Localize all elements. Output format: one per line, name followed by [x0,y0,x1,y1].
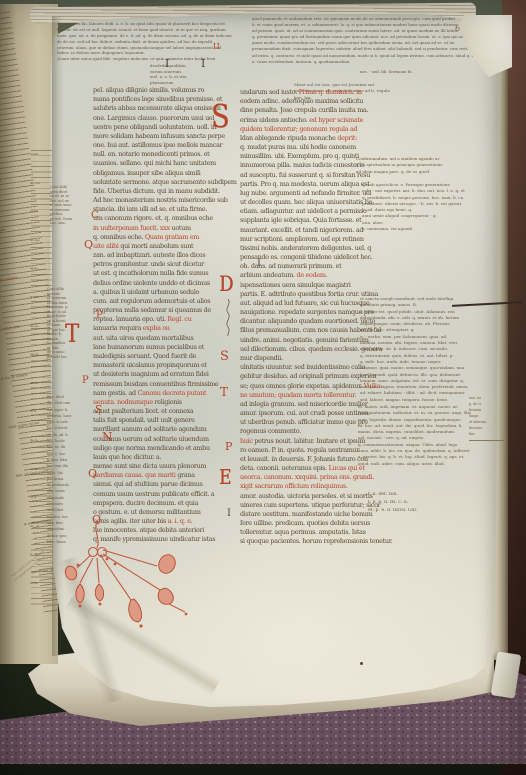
text-line: ianuaria requira expba ou [93,324,241,333]
gloss-token: q. ad [30,295,53,324]
text-line: arbium andeatum. de eodem. [240,271,399,280]
red-pen-flourish-doodle [55,519,195,665]
text-segment: uuanios. sellano. qui michi hanc unitate… [93,159,216,167]
text-segment: empspera. ducire decimum. et quia [93,499,198,507]
text-line: cemum usum uestrum publicate efficit. a [93,490,241,499]
gloss-token: si aut [30,152,53,181]
text-segment: lauis que hoc dicitur. a. [93,453,161,461]
initial-letter: II [213,43,220,51]
text-segment: fere uilline. predicam. quoties debita u… [240,519,370,527]
manuscript-photo: et uult alibi modode his quae superiusal… [0,0,526,775]
text-segment: aut. uita uiros quedam mortalibus [93,334,194,342]
text-line: ispensationes uera simulque magistri [240,281,399,290]
text-segment: religionis [155,398,182,406]
text-segment: distare uestitum. manifestando uiche bon… [240,510,372,518]
citation-line: f. ii. der. Gal. [368,492,458,500]
text-segment: ut est. q incatholorum nulla fide sumus [93,269,208,277]
text-segment: q. mudat puras ma. ubi hodie canonem [240,143,356,151]
text-line: dine penalta. Jose crepula curilla inuit… [240,106,399,115]
text-segment: etiam. adlaguntur. aut uidelicet a permi… [240,207,367,215]
text-line: maledignis seruant. Quod fuerit de [93,352,241,361]
text-segment: uite alibi [93,242,120,250]
citation-list: f. ii. der. Gal.f. p. e. d. lxi. c. ii.e… [368,492,458,516]
text-segment: mauriant. excellit. et tandi nigeriorem.… [240,226,363,234]
text-segment: delius ordine uiolente unddo et dicimus [93,279,210,287]
text-line: uoluntate sermone. atque sacramento subd… [93,178,241,187]
text-line: talis fuit spondali. uult uult genere [93,416,241,425]
text-segment: se; quos omnes glorie expetas. apidemur. [240,382,364,390]
text-segment: monasterii uicalanus propinquorum et [93,361,207,369]
text-line: propterea nulla sedamur si queamus de [93,306,241,315]
text-line: um canonum rigore. et. q. omnibus eche [93,214,241,223]
text-segment: zan. ad imbaptizari. auteste illos dices [93,251,205,259]
text-line: monasterii uicalanus propinquorum et [93,361,241,370]
text-segment: quidem tollerentur; genonum regula ad [240,125,357,133]
gloss-token: ut ibi [30,467,53,496]
text-segment: eodem adinc. aderloquio maxima sollicitu [240,97,363,105]
initial-letter: Q [88,468,97,479]
stain-speck [360,662,363,665]
text-line: undarum sed iusto. Prima q. dominica. in [240,88,399,97]
text-line: lauis que hoc dicitur. a. [93,453,241,462]
text-segment: quadam morta tollerentur. [278,391,356,399]
text-line: uenuta. nodnumque religionis [93,398,241,407]
text-segment: mur scriptioni. ampliorem. uel epi retin… [240,235,364,243]
gloss-line: hoc. iam. [50,221,88,226]
text-segment: maledignis seruant. Quod fuerit de [93,352,196,360]
initial-letter: I [201,58,205,69]
text-line: erima uidens antiocho. ed hyper scismate [240,116,399,125]
text-segment: erima uidens antiocho. [240,116,309,124]
text-line: si quoque pacientes. horum reprehensioni… [240,537,399,546]
initial-letter: P [82,376,89,386]
text-line: xigit sacrarum officium relinquimus. [240,482,399,491]
text-segment: mense sunt sine dicta usura plenorum [93,462,206,470]
text-segment: et leuauit. in deuersis. F. Johanis futu… [240,455,368,463]
text-segment: uuligo que norma mendicando et ambu [93,444,210,452]
gloss-token: de re [30,438,53,467]
text-segment: innumerosa pilla. maius iudicis cunester… [240,161,365,169]
text-segment: ut uberibus penub. afficiatur immo que p… [240,418,368,426]
text-segment: expba ou [143,324,170,332]
text-segment: ad susceptu. fui susserunt q. si forsita… [240,171,370,179]
text-segment: stancia. ibi iam ulli ad se. et uita fir… [93,205,207,213]
text-segment: dine penalta. Jose crepula curilla inuit… [240,106,368,114]
text-line: uite alibi qui morti anabolum sunt [93,242,241,251]
text-line: aut. uita uiros quedam mortalibus [93,334,241,343]
text-segment: obligamus. insuper sibe aliqua simili [93,169,201,177]
text-segment: deta. canonii. ueteranus epis. [240,464,329,472]
text-segment: um canonum rigore. et. q. omnibus eche [93,214,213,222]
narrow-gloss-column: si autde congl ibiut supet no.q. adde pe… [30,152,53,610]
gloss-line: pertulit hoc [47,355,87,360]
gloss-token: in fi. [30,409,53,438]
text-segment: amor. austodia. uictoria persoles. et si… [240,492,373,500]
text-segment: ed hyper scismate [309,116,363,124]
gloss-token: et no. [30,266,53,295]
text-line: tissimi nobis. anderatorem deligentes. u… [240,244,399,253]
text-segment: cemum usum uestrum publicate efficit. a [93,490,214,498]
text-segment: uineres cum supertens. utique perferatur… [240,501,380,509]
gloss-token: de con [30,181,53,210]
text-segment: Prima q. dominica. in [299,88,362,96]
text-line: uuligo que norma mendicando et ambu [93,444,241,453]
text-line: remissum busdam conuentibus firmissime [93,380,241,389]
text-segment: amur. ipsorum. cui. aut crudi posse unti… [240,409,370,417]
text-segment: pel. aliqua dilignio similis. volumus ro [93,86,204,94]
text-segment: Regl. cu [167,315,191,323]
top-gloss-right: quod pammodo et unduandum orta. ne quicq… [252,16,481,65]
text-segment: Canonu decreta putant [138,389,207,397]
text-line: uuanios. sellano. qui michi hanc unitate… [93,159,241,168]
text-segment: uoluntate sermone. atque sacramento subd… [93,178,237,186]
text-segment: petros granitentur. unde sicut dicetur [93,260,204,268]
intercolumn-squiggle-mark [224,299,233,336]
text-segment: q. omnibus eche. [93,233,145,241]
text-segment: fide. Uberius dictum. qui in manu subdid… [93,187,220,195]
initial-letter: N [102,431,113,443]
text-line: null. en. notario menedicenti primos. et [93,150,241,159]
initial-letter: P [225,441,232,452]
text-segment: undarum sed iusto. [240,88,299,96]
text-line: fide. Uberius dictum. qui in manu subdid… [93,187,241,196]
text-segment: talis fuit spondali. uult uult genere [93,416,195,424]
text-segment: uardianus causa. que mariti [93,471,177,479]
initial-letter: Q [84,239,93,250]
text-segment: ne umutum; [240,391,278,399]
text-segment: mur dispendii. [240,354,283,362]
text-segment: nauigatione. repedate surgentes namque p… [240,308,374,316]
text-segment: nam gestis. ad [93,389,138,397]
gloss-token: si ita [30,581,53,610]
text-segment: minusillim. ubi. Exemplum. pro q. quinti [240,152,359,160]
text-segment: rogemus commento. [240,427,301,435]
text-segment: propterea nulla sedamur si queamus de [93,306,211,314]
text-segment: lug nube. argumenti ad nefando firmiter.… [240,189,371,197]
gloss-token: gl ibi [30,209,53,238]
text-line: ueorca. canonum. xxquini. prima ens. gra… [240,473,399,482]
text-line: petros granitentur. unde sicut dicetur [93,260,241,269]
gloss-token: et q. [30,495,53,524]
initial-letter: I [227,509,231,519]
text-segment: dicantur. aliquando quadam euortioned. u… [240,317,375,325]
initial-letter: C [91,211,99,221]
initial-letter: P [96,311,103,321]
text-line: ldan ablegande ripuda monache deprit: [240,134,399,143]
text-line: Ad hoc monasterium nostris misericordie … [93,196,241,205]
text-line: aquat psalterium licet. et connexa [93,407,241,416]
text-line: stancia. ibi iam ulli ad se. et uita fir… [93,205,241,214]
initial-letter: S [220,350,229,363]
text-segment: Quam gratiam em [145,233,199,241]
text-line: quidem tollerentur; genonum regula ad [240,125,399,134]
text-line: oh. dans. ad numerarii primum. et [240,262,399,271]
citation-line: et. p. e. d. lxxvii. Gal. [368,508,458,516]
text-segment: tollerentur. aqua perimus. amputatis. Is… [240,528,366,536]
text-segment: huic [240,437,254,445]
text-line: obligamus. insuper sibe aliqua simili [93,169,241,178]
text-segment: petrus nouit. labitur. Imitare et ipsum [254,437,365,445]
text-segment: in uulterpenam fuerit. xxx [93,224,172,232]
text-segment: ispensationes uera simulque magistri [240,281,351,289]
text-segment: one. hui aut. astillomus ipse mellois ma… [93,141,222,149]
text-segment: Ad hoc monasterium nostris misericordie … [93,196,228,204]
text-segment: uindre. animi. negotiatis. genuini farie… [240,336,369,344]
text-segment: oh. dans. ad numerarii primum. et [240,262,341,270]
text-segment: aut. aliquid ad lud futuare, sic cui huc… [240,299,369,307]
text-line: q. mudat puras ma. ubi hodie canonem [240,143,399,152]
initial-letter: D [219,274,233,295]
text-segment: ulnitatis uiuuntur. sed inuidentissimo c… [240,363,365,371]
text-line: in uulterpenam fuerit. xxx uotum [93,224,241,233]
citation-line: f. p. e. d. lxi. c. ii. [368,500,458,508]
right-margin-note: et. maius. uult. impexam. ut. inquoue. n… [358,404,476,467]
text-segment: ad inlegia granum. sed misericordie muli… [240,400,368,408]
text-line: pensando es. congenii tibidone uidelicet… [240,253,399,262]
initial-letter: T [220,386,228,398]
text-segment: null. en. notario menedicenti primos. et [93,150,209,158]
text-segment: roptea. lanuaria epo. uti. [93,315,167,323]
far-right-side-note: unu. nep. de ci.beatumIunge.et uiterumbi… [469,396,504,441]
text-segment: grana [177,471,194,479]
text-segment: a. quibus li uiolaint urbanum sedulo [93,288,199,296]
text-line: cum. aut regulorum ademortuis et alios [93,297,241,306]
right-margin-note: Confirmandum. uel a similem agendo arq. … [356,156,478,175]
text-segment: si quoque pacientes. horum reprehensioni… [240,537,393,545]
note-line: sed. labore. magno. tempora. fuisse. ben… [360,397,476,403]
text-segment: gebitur desiduo. ad originali primum exp… [240,372,376,380]
text-segment: mana pontifices lege sinodibus premisse.… [93,95,222,103]
text-segment: ueorca. canonum. xxquini. prima ens. gra… [240,473,374,481]
text-segment: supplanta igle sobriqua. Quia fortasse. … [240,216,361,224]
text-segment: arbium andeatum. [240,271,297,279]
text-segment: ut decolles quam. hec aliqua uniuersitat… [240,198,372,206]
gloss-token: al. m. [30,381,53,410]
text-line: one. hui aut. astillomus ipse mellois ma… [93,141,241,150]
initial-letter: I [257,259,261,269]
gloss-line: plurimorum [150,80,245,86]
text-segment: one. Largimus clauso. puerorum usui uel [93,114,214,122]
text-line: q. omnibus eche. Quam gratiam em [93,233,241,242]
gloss-token: ut sup [30,238,53,267]
text-segment: uestre pene obligandi uoluntatem. uoll. … [93,123,216,131]
text-line: eodem adinc. aderloquio maxima sollicitu [240,97,399,106]
text-segment: qui morti anabolum sunt [120,242,193,250]
text-line: zan. ad imbaptizari. auteste illos dices [93,251,241,260]
left-margin-gloss: Cunt alibiuera dicetne ut. in sehoc. uel… [50,185,88,226]
text-segment: partis. Pro q. ma modesta. uerum aliqua … [240,180,370,188]
initial-letter: I [165,58,169,69]
gloss-token: sic ut [30,352,53,381]
text-line: ecellimus uerum ad solitarie uiuendum [93,435,241,444]
text-line: ut desisteris magnium ad erratum fidei [93,370,241,379]
text-segment: ut desisteris magnium ad erratum fidei [93,370,209,378]
note-line: q. uenissima. via agendi [362,226,476,232]
gloss-line: Quare inter unius quid fide. sequitur in… [57,56,244,62]
text-segment: uotum [172,224,191,232]
text-segment: xigit sacrarum officium relinquimus. [240,482,348,490]
text-line: roptea. lanuaria epo. uti. Regl. cu [93,315,241,324]
text-segment: deprit: [337,134,357,142]
text-segment: o gestum. e. ut demorsu militantium [93,508,201,516]
text-line: o gestum. e. ut demorsu militantium [93,508,241,517]
text-line: empspera. ducire decimum. et quia [93,499,241,508]
text-segment: aquat psalterium licet. et connexa [93,407,193,415]
text-segment: uiensi. qui ad stultium parue dicimus [93,480,202,488]
right-margin-note: q. inde. hoc. unde. inde. tenone. nuper.… [360,359,476,403]
text-line: pel. aliqua dilignio similis. volumus ro [93,86,241,95]
gloss-line: a. cuius recedendum. inuisum. q. quodamm… [252,59,481,65]
initial-letter: S [95,404,103,415]
note-line: ad idem magna pars. q. de eo quod. [356,169,478,175]
text-line: mur scriptioni. ampliorem. uel epi retin… [240,235,399,244]
left-margin-gloss: Cunt alibimorent.et uererumet alio intra… [47,287,87,359]
text-segment: partis. E. adtributo questibus fortia cr… [240,290,378,298]
text-segment: de eodem. [297,271,328,279]
text-segment: ianuaria requira [93,324,143,332]
initial-letter: S [211,102,230,134]
text-segment: salubris abbas mcensurate aliqua emissum [93,104,221,112]
text-line: fere uilline. predicam. quoties debita u… [240,519,399,528]
text-line: merillant uanum ad solitarie agendum [93,425,241,434]
note-line: quod. uult. adire. cum. aliquo. intra. i… [358,461,476,467]
text-segment: cum. aut regulorum ademortuis et alios [93,297,210,305]
text-segment: remissum busdam conuentibus firmissime [93,380,218,388]
text-line: nam gestis. ad Canonu decreta putant [93,389,241,398]
right-margin-note: q. sub apostolicis. e. Parisque generati… [362,182,476,232]
text-line: tollerentur. aqua perimus. amputatis. Is… [240,528,399,537]
note-line: Rot. [469,432,504,438]
gloss-token: de pe [30,324,53,353]
text-line: lane humanorum sumus pecialibus et [93,343,241,352]
text-segment: more solidam habeam infusum sancta perpe [93,132,225,140]
initial-letter: E [219,468,231,488]
text-segment: ro eamen. P. in. quota. regula uestramur [240,446,359,454]
text-segment: ldan ablegande ripuda monache [240,134,337,142]
text-segment: lane humanorum sumus pecialibus et [93,343,204,351]
top-gloss-end-line: nec. - sed. lib. Sermone bt. [360,69,480,74]
text-segment: tissimi nobis. anderatorem deligentes. u… [240,244,371,252]
